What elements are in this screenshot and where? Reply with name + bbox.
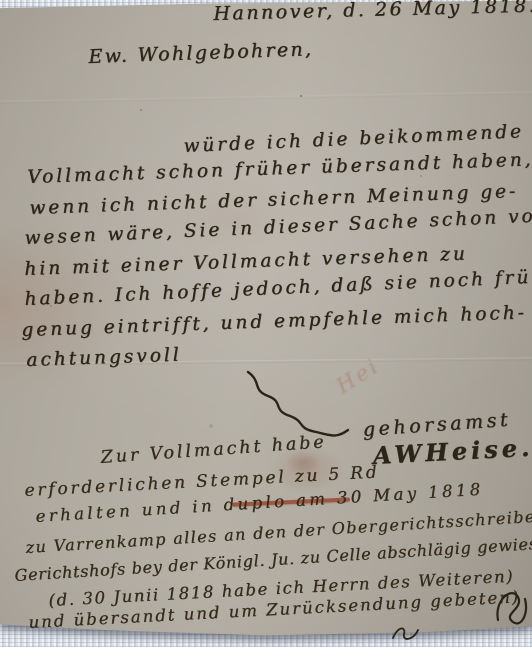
paper-specks xyxy=(300,95,302,97)
paraph-monogram xyxy=(492,584,532,630)
photo-of-letter: Hannover, d. 26 May 1818. Ew. Wohlgebohr… xyxy=(0,0,532,647)
small-monogram xyxy=(390,622,422,644)
